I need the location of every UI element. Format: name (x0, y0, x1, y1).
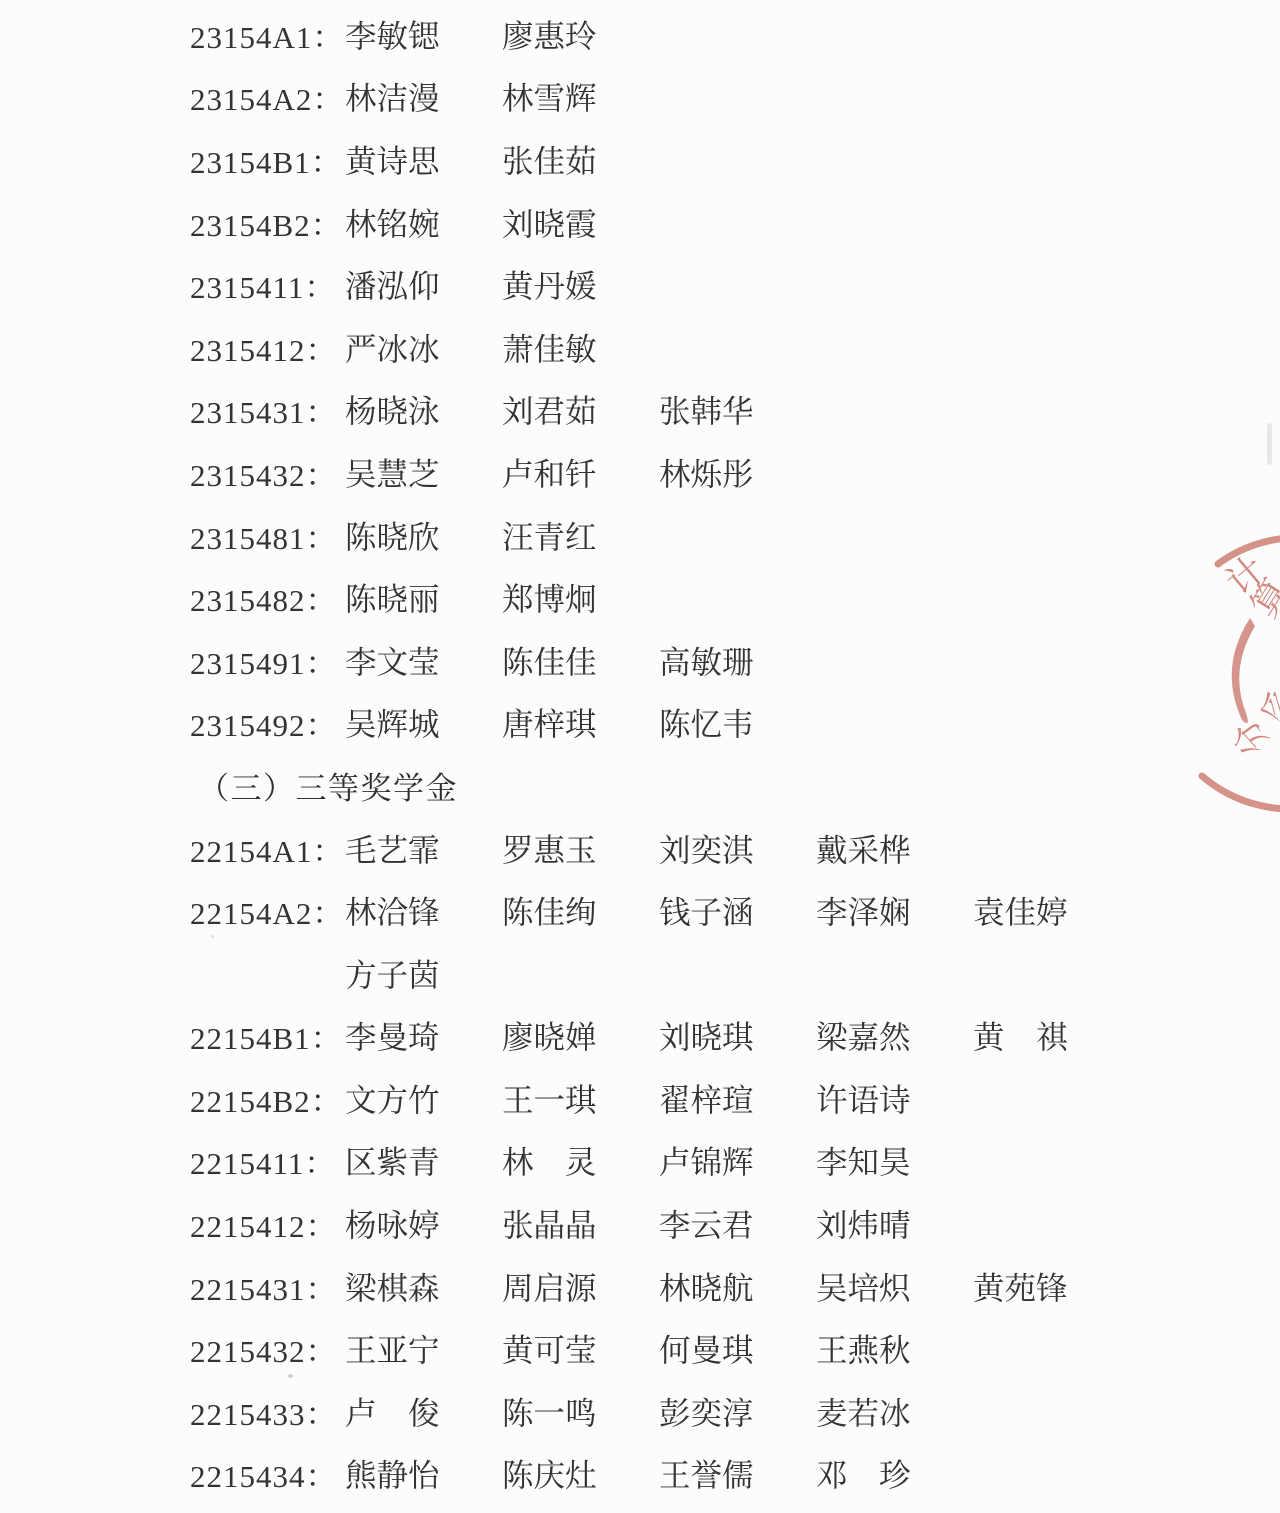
scholarship-row: 2315431：杨晓泳刘君茹张韩华 (190, 379, 1280, 442)
student-name: 麦若冰 (816, 1389, 911, 1434)
class-code: 2215431： (190, 1264, 345, 1309)
student-name: 毛艺霏 (345, 826, 502, 871)
student-name: 汪青红 (502, 513, 597, 558)
student-name: 陈一鸣 (502, 1389, 659, 1434)
student-name: 林洁漫 (345, 74, 502, 119)
student-name: 邓 珍 (816, 1451, 911, 1496)
scholarship-row: 2215412：杨咏婷张晶晶李云君刘炜晴 (190, 1192, 1280, 1255)
scholarship-row: 2215432：王亚宁黄可莹何曼琪王燕秋 (190, 1317, 1280, 1380)
scholarship-row: 23154A2：林洁漫林雪辉 (190, 66, 1280, 129)
student-name: 区紫青 (345, 1138, 502, 1183)
scholarship-row: 2315411：潘泓仰黄丹媛 (190, 253, 1280, 316)
class-code: 22154B1： (190, 1013, 345, 1058)
student-name: 刘君茹 (502, 387, 659, 432)
scholarship-row: 2215433：卢 俊陈一鸣彭奕淳麦若冰 (190, 1380, 1280, 1443)
student-name: 吴培炽 (816, 1264, 973, 1309)
student-name: 张晶晶 (502, 1201, 659, 1246)
student-name: 黄苑锋 (973, 1264, 1068, 1309)
student-name: 卢和钎 (502, 450, 659, 495)
student-name: 文方竹 (345, 1076, 502, 1121)
student-name: 陈庆灶 (502, 1451, 659, 1496)
scholarship-row: 2315491：李文莹陈佳佳高敏珊 (190, 629, 1280, 692)
student-name: 陈佳佳 (502, 638, 659, 683)
student-name: 彭奕淳 (659, 1389, 816, 1434)
class-code: 2315431： (190, 387, 345, 432)
student-name: 吴慧芝 (345, 450, 502, 495)
student-name: 潘泓仰 (345, 262, 502, 307)
scholarship-row: 2315492：吴辉城唐梓琪陈忆韦 (190, 692, 1280, 755)
class-code: 23154A2： (190, 74, 345, 119)
student-name: 王燕秋 (816, 1326, 911, 1371)
student-name: 林烁彤 (659, 450, 754, 495)
student-name: 刘炜晴 (816, 1201, 911, 1246)
student-name: 罗惠玉 (502, 826, 659, 871)
student-name: 张韩华 (659, 387, 754, 432)
class-code: 2315492： (190, 700, 345, 745)
student-name: 唐梓琪 (502, 700, 659, 745)
student-name: 方子茵 (345, 951, 440, 996)
student-name: 黄 祺 (973, 1013, 1068, 1058)
student-name: 刘奕淇 (659, 826, 816, 871)
scholarship-row: 2215434：熊静怡陈庆灶王誉儒邓 珍 (190, 1443, 1280, 1506)
student-name: 黄可莹 (502, 1326, 659, 1371)
student-name: 林晓航 (659, 1264, 816, 1309)
student-name: 周启源 (502, 1264, 659, 1309)
student-name: 袁佳婷 (973, 888, 1068, 933)
section-heading: （三）三等奖学金 (198, 754, 1280, 817)
student-name: 严冰冰 (345, 325, 502, 370)
student-name: 高敏珊 (659, 638, 754, 683)
scholarship-document: 23154A1：李敏锶廖惠玲23154A2：林洁漫林雪辉23154B1：黄诗思张… (0, 3, 1280, 1505)
scholarship-row: 2215431：梁棋森周启源林晓航吴培炽黄苑锋 (190, 1255, 1280, 1318)
scholarship-row: 23154B1：黄诗思张佳茹 (190, 128, 1280, 191)
student-name: 熊静怡 (345, 1451, 502, 1496)
student-name: 林雪辉 (502, 74, 597, 119)
scholarship-row-continuation: 方子茵 (190, 942, 1280, 1005)
student-name: 张佳茹 (502, 137, 597, 182)
student-name: 李曼琦 (345, 1013, 502, 1058)
scholarship-row: 22154A1：毛艺霏罗惠玉刘奕淇戴采桦 (190, 817, 1280, 880)
student-name: 林 灵 (502, 1138, 659, 1183)
class-code: 2315482： (190, 575, 345, 620)
student-name: 许语诗 (816, 1076, 911, 1121)
class-code: 23154B1： (190, 137, 345, 182)
student-name: 卢锦辉 (659, 1138, 816, 1183)
student-name: 刘晓霞 (502, 200, 597, 245)
student-name: 萧佳敏 (502, 325, 597, 370)
class-code: 2315411： (190, 262, 345, 307)
student-name: 李敏锶 (345, 12, 502, 57)
scholarship-row: 2315482：陈晓丽郑博炯 (190, 566, 1280, 629)
student-name: 李泽娴 (816, 888, 973, 933)
student-name: 黄诗思 (345, 137, 502, 182)
class-code: 2315432： (190, 450, 345, 495)
scan-noise-speck (288, 1374, 293, 1378)
class-code: 2215434： (190, 1451, 345, 1496)
student-name: 杨咏婷 (345, 1201, 502, 1246)
class-code: 23154B2： (190, 200, 345, 245)
student-name: 黄丹媛 (502, 262, 597, 307)
class-code: 22154B2： (190, 1076, 345, 1121)
student-name: 王誉儒 (659, 1451, 816, 1496)
class-code: 22154A2： (190, 888, 345, 933)
scholarship-row: 22154A2：林洽锋陈佳绚钱子涵李泽娴袁佳婷 (190, 879, 1280, 942)
scan-noise-speck (211, 935, 214, 938)
student-name: 王一琪 (502, 1076, 659, 1121)
award-section-third-class: （三）三等奖学金 22154A1：毛艺霏罗惠玉刘奕淇戴采桦22154A2：林洽锋… (190, 754, 1280, 1505)
student-name: 陈晓欣 (345, 513, 502, 558)
student-name: 戴采桦 (816, 826, 911, 871)
student-name: 陈晓丽 (345, 575, 502, 620)
scholarship-row: 23154A1：李敏锶廖惠玲 (190, 3, 1280, 66)
scholarship-row: 2315481：陈晓欣汪青红 (190, 504, 1280, 567)
student-name: 卢 俊 (345, 1389, 502, 1434)
student-name: 王亚宁 (345, 1326, 502, 1371)
class-code: 23154A1： (190, 12, 345, 57)
scan-noise-smudge (1267, 423, 1272, 465)
class-code: 22154A1： (190, 826, 345, 871)
student-name: 林洽锋 (345, 888, 502, 933)
award-section-continued: 23154A1：李敏锶廖惠玲23154A2：林洁漫林雪辉23154B1：黄诗思张… (190, 3, 1280, 754)
student-name: 钱子涵 (659, 888, 816, 933)
student-name: 杨晓泳 (345, 387, 502, 432)
student-name: 梁嘉然 (816, 1013, 973, 1058)
scholarship-row: 2215411：区紫青林 灵卢锦辉李知昊 (190, 1130, 1280, 1193)
class-code: 2315412： (190, 325, 345, 370)
student-name: 梁棋森 (345, 1264, 502, 1309)
class-code: 2215412： (190, 1201, 345, 1246)
class-code: 2315491： (190, 638, 345, 683)
student-name: 廖惠玲 (502, 12, 597, 57)
scholarship-row: 22154B2：文方竹王一琪翟梓瑄许语诗 (190, 1067, 1280, 1130)
student-name: 翟梓瑄 (659, 1076, 816, 1121)
student-name: 郑博炯 (502, 575, 597, 620)
scholarship-row: 23154B2：林铭婉刘晓霞 (190, 191, 1280, 254)
scholarship-row: 22154B1：李曼琦廖晓婵刘晓琪梁嘉然黄 祺 (190, 1005, 1280, 1068)
student-name: 李文莹 (345, 638, 502, 683)
student-name: 陈佳绚 (502, 888, 659, 933)
student-name: 何曼琪 (659, 1326, 816, 1371)
student-name: 李云君 (659, 1201, 816, 1246)
class-code: 2215433： (190, 1389, 345, 1434)
scholarship-row: 2315432：吴慧芝卢和钎林烁彤 (190, 441, 1280, 504)
student-name: 陈忆韦 (659, 700, 754, 745)
student-name: 刘晓琪 (659, 1013, 816, 1058)
student-name: 廖晓婵 (502, 1013, 659, 1058)
class-code: 2315481： (190, 513, 345, 558)
student-name: 李知昊 (816, 1138, 911, 1183)
student-name: 吴辉城 (345, 700, 502, 745)
scholarship-row: 2315412：严冰冰萧佳敏 (190, 316, 1280, 379)
student-name: 林铭婉 (345, 200, 502, 245)
class-code: 2215411： (190, 1138, 345, 1183)
class-code: 2215432： (190, 1326, 345, 1371)
